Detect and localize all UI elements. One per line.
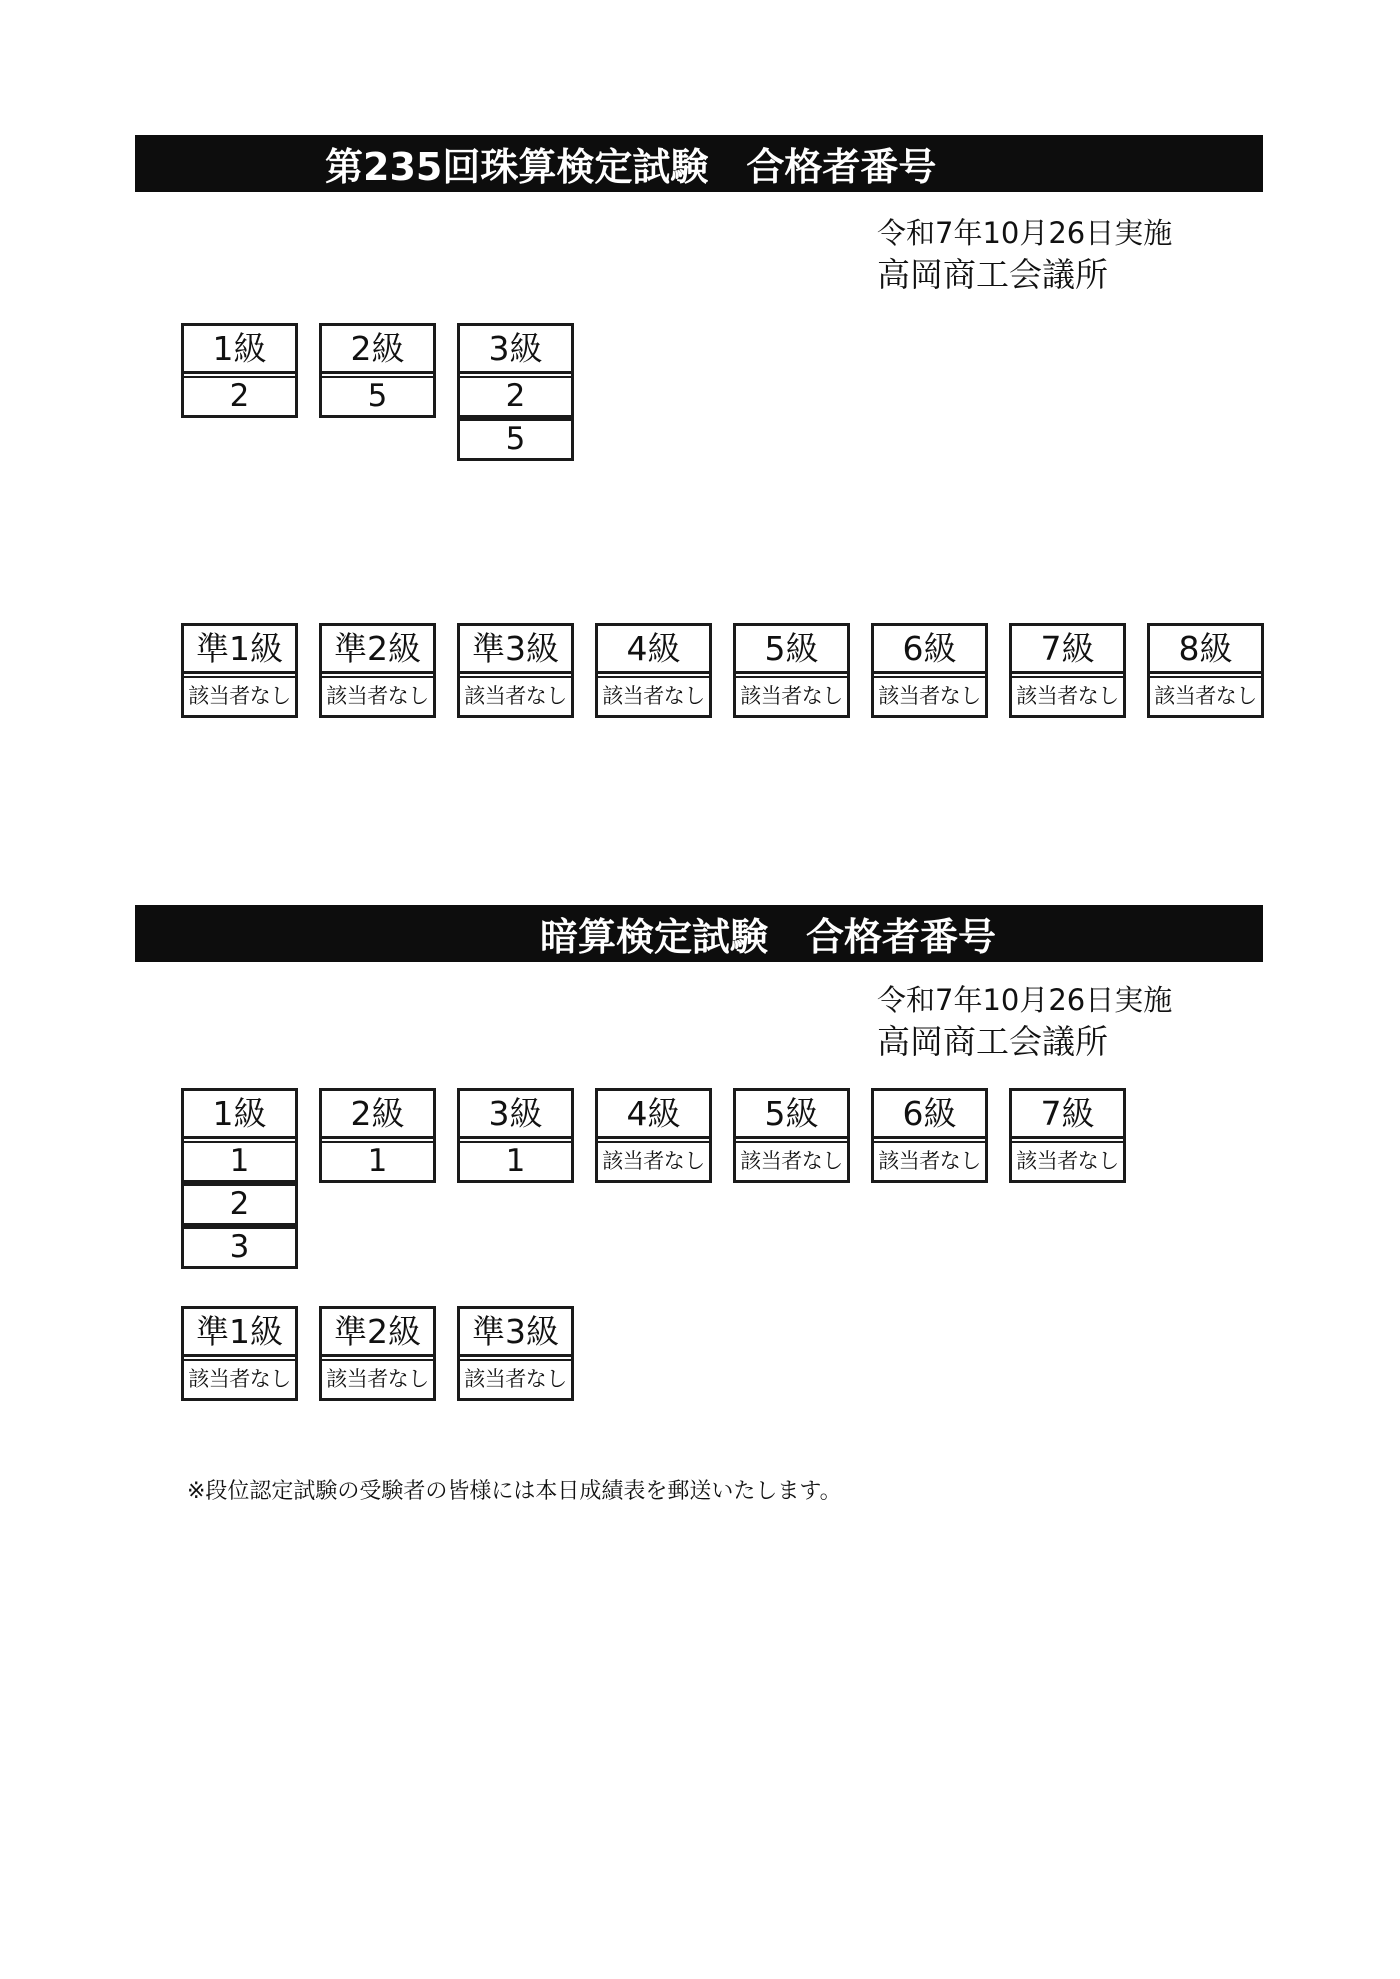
double-rule: [1009, 671, 1126, 678]
grade-box: 5級該当者なし: [733, 623, 850, 718]
passer-number-cell: 3: [181, 1226, 298, 1269]
grade-label: 7級: [1009, 1088, 1126, 1136]
grade-box: 2級1: [319, 1088, 436, 1183]
grade-box: 準1級該当者なし: [181, 1306, 298, 1401]
no-passers-cell: 該当者なし: [595, 678, 712, 718]
grade-box: 5級該当者なし: [733, 1088, 850, 1183]
anzan-title-bar: 暗算検定試験 合格者番号: [135, 905, 1263, 962]
grade-box: 3級1: [457, 1088, 574, 1183]
passer-number-cell: 2: [457, 378, 574, 418]
grade-label: 7級: [1009, 623, 1126, 671]
passer-number-cell: 1: [457, 1143, 574, 1183]
grade-box: 準3級該当者なし: [457, 1306, 574, 1401]
double-rule: [457, 1354, 574, 1361]
double-rule: [1009, 1136, 1126, 1143]
grade-box: 1級2: [181, 323, 298, 418]
double-rule: [181, 1354, 298, 1361]
double-rule: [319, 371, 436, 378]
passer-number-cell: 5: [457, 418, 574, 461]
double-rule: [871, 671, 988, 678]
grade-label: 準2級: [319, 1306, 436, 1354]
grade-label: 2級: [319, 1088, 436, 1136]
grade-box: 8級該当者なし: [1147, 623, 1264, 718]
double-rule: [181, 371, 298, 378]
soroban-title-bar: 第235回珠算検定試験 合格者番号: [135, 135, 1263, 192]
grade-label: 準3級: [457, 1306, 574, 1354]
no-passers-cell: 該当者なし: [319, 678, 436, 718]
no-passers-cell: 該当者なし: [733, 1143, 850, 1183]
soroban-exam-date: 令和7年10月26日実施: [877, 219, 1172, 248]
grade-label: 準1級: [181, 623, 298, 671]
anzan-title: 暗算検定試験 合格者番号: [540, 906, 996, 961]
double-rule: [319, 671, 436, 678]
no-passers-cell: 該当者なし: [181, 678, 298, 718]
double-rule: [181, 671, 298, 678]
soroban-organizer: 高岡商工会議所: [877, 258, 1172, 291]
double-rule: [871, 1136, 988, 1143]
grade-box: 4級該当者なし: [595, 623, 712, 718]
grade-box: 準2級該当者なし: [319, 623, 436, 718]
passer-number-cell: 1: [319, 1143, 436, 1183]
grade-label: 6級: [871, 1088, 988, 1136]
passer-number-cell: 1: [181, 1143, 298, 1183]
no-passers-cell: 該当者なし: [733, 678, 850, 718]
no-passers-cell: 該当者なし: [457, 1361, 574, 1401]
grade-label: 5級: [733, 1088, 850, 1136]
grade-box: 6級該当者なし: [871, 1088, 988, 1183]
grade-box: 準2級該当者なし: [319, 1306, 436, 1401]
double-rule: [457, 671, 574, 678]
grade-label: 5級: [733, 623, 850, 671]
grade-label: 1級: [181, 1088, 298, 1136]
anzan-exam-date: 令和7年10月26日実施: [877, 986, 1172, 1015]
grade-box: 3級25: [457, 323, 574, 461]
passer-number-cell: 5: [319, 378, 436, 418]
double-rule: [457, 371, 574, 378]
double-rule: [733, 671, 850, 678]
no-passers-cell: 該当者なし: [319, 1361, 436, 1401]
double-rule: [457, 1136, 574, 1143]
no-passers-cell: 該当者なし: [181, 1361, 298, 1401]
grade-label: 準3級: [457, 623, 574, 671]
grade-box: 準3級該当者なし: [457, 623, 574, 718]
double-rule: [319, 1354, 436, 1361]
anzan-organizer: 高岡商工会議所: [877, 1025, 1172, 1058]
passer-number-cell: 2: [181, 378, 298, 418]
double-rule: [595, 671, 712, 678]
grade-label: 2級: [319, 323, 436, 371]
grade-box: 7級該当者なし: [1009, 1088, 1126, 1183]
no-passers-cell: 該当者なし: [595, 1143, 712, 1183]
footnote: ※段位認定試験の受験者の皆様には本日成績表を郵送いたします。: [187, 1474, 842, 1505]
grade-box: 2級5: [319, 323, 436, 418]
grade-box: 4級該当者なし: [595, 1088, 712, 1183]
grade-box: 準1級該当者なし: [181, 623, 298, 718]
grade-label: 4級: [595, 1088, 712, 1136]
anzan-meta: 令和7年10月26日実施 高岡商工会議所: [877, 986, 1172, 1058]
grade-box: 1級123: [181, 1088, 298, 1269]
grade-label: 準2級: [319, 623, 436, 671]
no-passers-cell: 該当者なし: [1009, 678, 1126, 718]
soroban-meta: 令和7年10月26日実施 高岡商工会議所: [877, 219, 1172, 291]
double-rule: [595, 1136, 712, 1143]
grade-box: 7級該当者なし: [1009, 623, 1126, 718]
no-passers-cell: 該当者なし: [871, 678, 988, 718]
grade-label: 6級: [871, 623, 988, 671]
double-rule: [733, 1136, 850, 1143]
no-passers-cell: 該当者なし: [1009, 1143, 1126, 1183]
passer-number-cell: 2: [181, 1183, 298, 1226]
double-rule: [181, 1136, 298, 1143]
grade-label: 3級: [457, 1088, 574, 1136]
soroban-title: 第235回珠算検定試験 合格者番号: [325, 136, 936, 191]
double-rule: [319, 1136, 436, 1143]
grade-label: 3級: [457, 323, 574, 371]
grade-box: 6級該当者なし: [871, 623, 988, 718]
no-passers-cell: 該当者なし: [457, 678, 574, 718]
grade-label: 4級: [595, 623, 712, 671]
grade-label: 8級: [1147, 623, 1264, 671]
grade-label: 1級: [181, 323, 298, 371]
no-passers-cell: 該当者なし: [871, 1143, 988, 1183]
grade-label: 準1級: [181, 1306, 298, 1354]
no-passers-cell: 該当者なし: [1147, 678, 1264, 718]
double-rule: [1147, 671, 1264, 678]
